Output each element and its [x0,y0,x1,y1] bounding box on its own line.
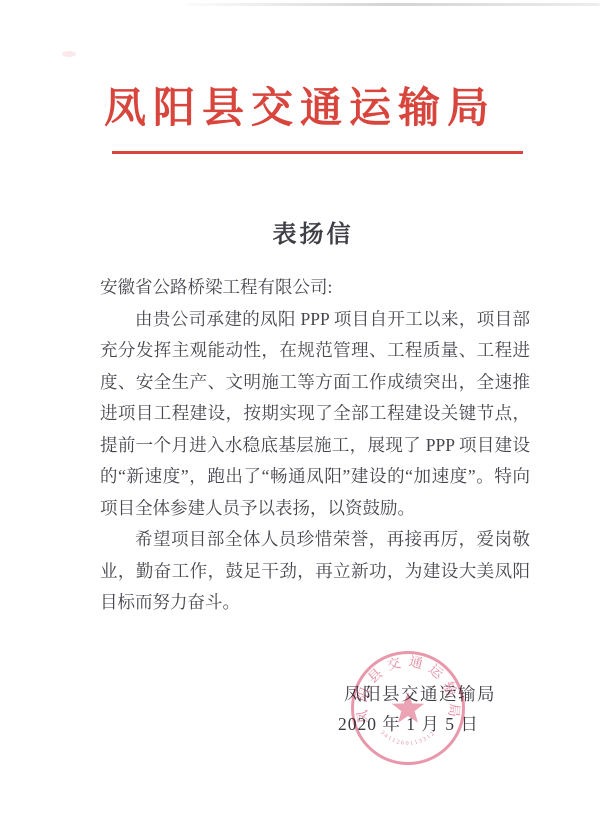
scan-artifact-line [185,3,600,6]
signature-date: 2020 年 1 月 5 日 [338,711,479,736]
letter-title: 表扬信 [0,214,600,249]
letterhead-divider-rule [112,151,523,154]
letter-paragraph-1: 由贵公司承建的凤阳 PPP 项目自开工以来，项目部充分发挥主观能动性，在规范管理… [100,304,530,525]
scan-smudge-mark [62,51,76,57]
signature-agency-name: 凤阳县交通运输局 [344,681,496,706]
letter-salutation: 安徽省公路桥梁工程有限公司: [100,272,530,304]
letter-body: 安徽省公路桥梁工程有限公司: 由贵公司承建的凤阳 PPP 项目自开工以来，项目部… [100,272,530,619]
scanned-letter-page: 凤阳县交通运输局 表扬信 安徽省公路桥梁工程有限公司: 由贵公司承建的凤阳 PP… [0,0,600,826]
official-seal-stamp: 凤阳县交通运输局 3411260113312 [348,648,468,768]
letter-paragraph-2: 希望项目部全体人员珍惜荣誉，再接再厉，爱岗敬业，勤奋工作，鼓足干劲，再立新功，为… [100,524,530,619]
seal-ring [353,653,464,764]
letterhead-agency-title: 凤阳县交通运输局 [0,84,600,134]
